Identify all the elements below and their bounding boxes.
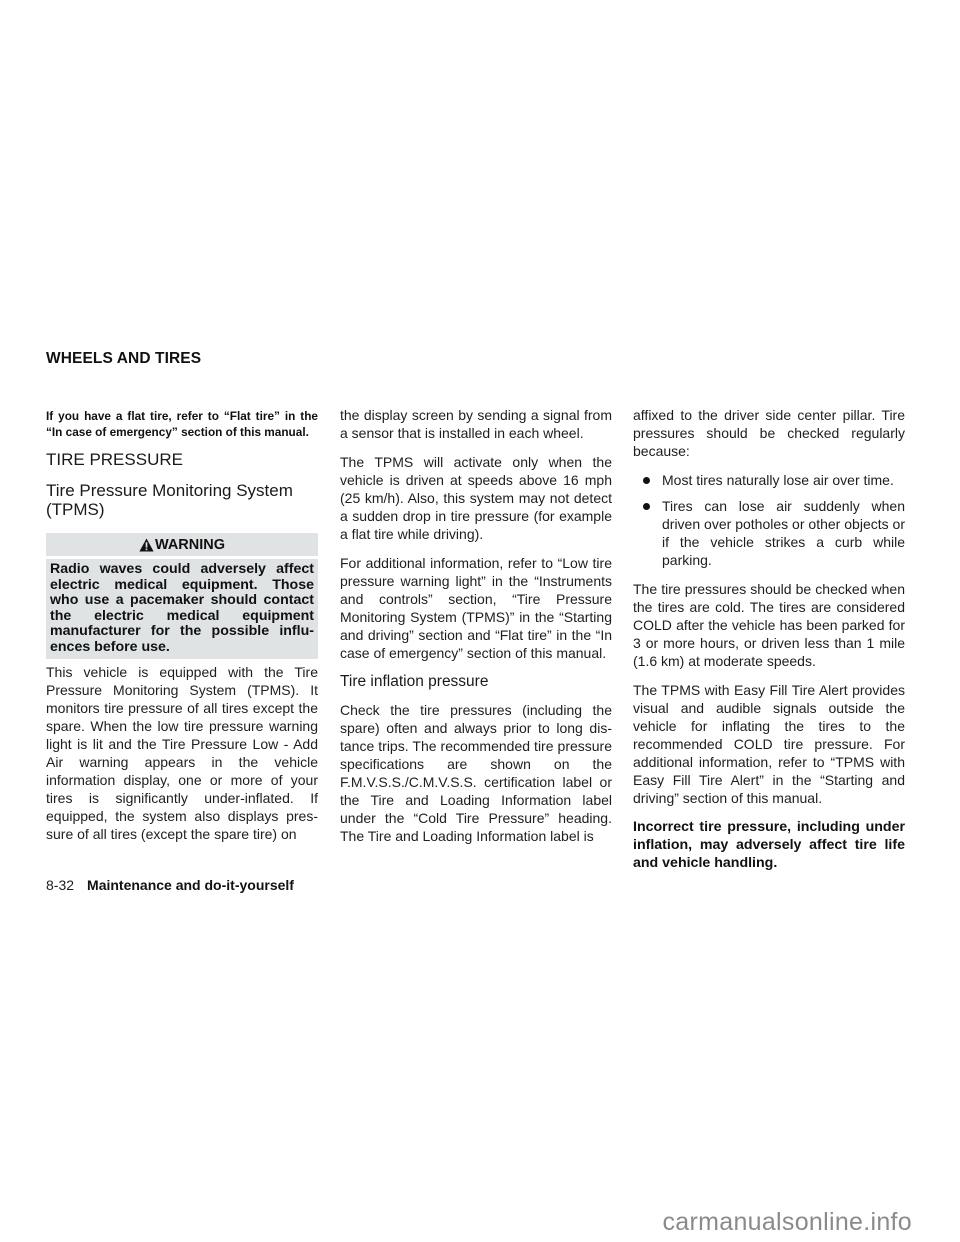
warning-text: Radio waves could adversely affect elect… [46,559,318,659]
list-item-text: Most tires naturally lose air over time. [662,472,894,488]
section-header: WHEELS AND TIRES [46,350,201,368]
paragraph-tpms-description: This vehicle is equipped with the Tire P… [46,663,318,843]
paragraph-display-screen: the display screen by sending a signal f… [340,406,612,442]
paragraph-cold-tires: The tire pressures should be checked whe… [633,580,905,670]
chapter-title: Maintenance and do-it-yourself [87,877,294,893]
reasons-list: Most tires naturally lose air over time.… [633,471,905,569]
list-item: Tires can lose air suddenly when driven … [633,497,905,569]
warning-header: WARNING [46,533,318,556]
paragraph-tpms-activation: The TPMS will activate only when the veh… [340,453,612,543]
bullet-icon [643,477,650,484]
list-item-text: Tires can lose air suddenly when driven … [662,498,905,568]
list-item: Most tires naturally lose air over time. [633,471,905,489]
paragraph-label-location: affixed to the driver side center pillar… [633,406,905,460]
watermark: carmanualsonline.info [662,1208,912,1237]
bullet-icon [643,503,650,510]
heading-tire-inflation-pressure: Tire inflation pressure [340,673,612,691]
flat-tire-note: If you have a flat tire, refer to “Flat … [46,409,318,440]
column-1: If you have a flat tire, refer to “Flat … [46,409,318,854]
paragraph-incorrect-pressure-note: Incorrect tire pressure, including un­de… [633,818,905,872]
page-footer: 8-32 Maintenance and do-it-yourself [46,877,294,893]
column-2: the display screen by sending a signal f… [340,406,612,856]
heading-tpms: Tire Pressure Monitoring System (TPMS) [46,481,318,519]
warning-box: WARNING Radio waves could adversely affe… [46,533,318,659]
warning-triangle-icon [139,538,154,552]
page-number: 8-32 [46,877,74,893]
paragraph-additional-info: For additional information, refer to “Lo… [340,554,612,662]
warning-title: WARNING [155,536,225,554]
paragraph-check-pressures: Check the tire pressures (including the … [340,701,612,845]
paragraph-easy-fill: The TPMS with Easy Fill Tire Alert pro­v… [633,681,905,807]
heading-tire-pressure: TIRE PRESSURE [46,450,318,470]
column-3: affixed to the driver side center pillar… [633,406,905,883]
